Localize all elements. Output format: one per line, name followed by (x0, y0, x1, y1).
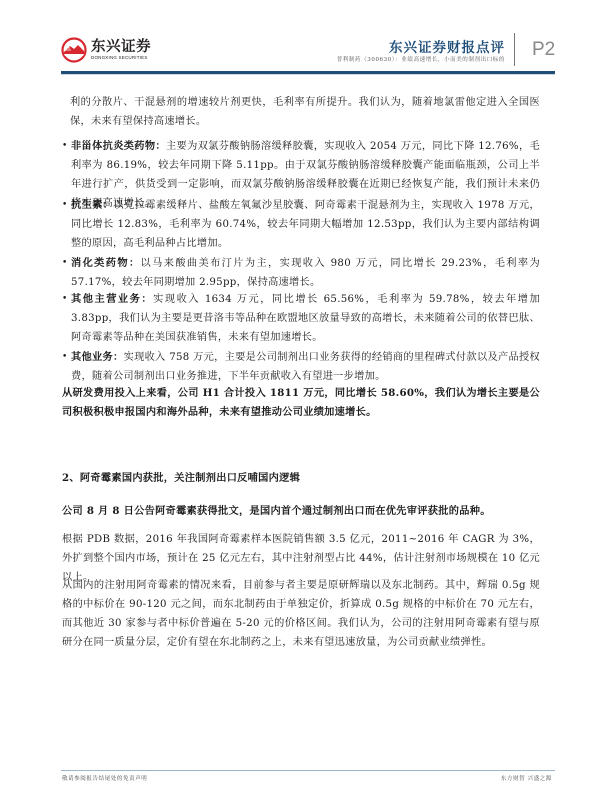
bullet-dot-icon: • (62, 196, 67, 215)
bullet-title: 非甾体抗炎类药物： (71, 140, 166, 152)
bullet-text: 以马来酸曲美布汀片为主，实现收入 980 万元，同比增长 29.23%，毛利率为… (71, 258, 540, 288)
bullet-digestive: • 消化类药物：以马来酸曲美布汀片为主，实现收入 980 万元，同比增长 29.… (62, 254, 540, 292)
dongxing-logo-icon (61, 37, 87, 63)
company-logo: 东兴证券 DONGXING SECURITIES (61, 37, 151, 63)
section-2-competition-paragraph: 从国内的注射用阿奇霉素的情况来看，目前参与者主要是原研辉瑞以及东北制药。其中，辉… (62, 576, 540, 652)
bullet-other-business: • 其他业务：实现收入 758 万元，主要是公司制剂出口业务获得的经销商的里程碑… (62, 348, 540, 386)
bullet-title: 其他主营业务： (71, 293, 153, 305)
report-subtitle: 普利制药（300630）：业绩高速增长，小而美的制剂出口标的 (337, 55, 505, 63)
bullet-other-main-business: • 其他主营业务：实现收入 1634 万元，同比增长 65.56%，毛利率为 5… (62, 290, 540, 347)
page-number: P2 (532, 39, 555, 61)
page-header: 东兴证券 DONGXING SECURITIES 东兴证券财报点评 普利制药（3… (0, 0, 596, 76)
bullet-dot-icon: • (62, 290, 67, 309)
bullet-title: 其他业务： (71, 351, 124, 363)
intro-continued-paragraph: 利的分散片、干混悬剂的增速较片剂更快，毛利率有所提升。我们认为，随着地氯雷他定进… (70, 93, 540, 131)
bullet-dot-icon: • (62, 137, 67, 156)
bullet-dot-icon: • (62, 254, 67, 273)
header-divider (514, 33, 515, 66)
bullet-dot-icon: • (62, 348, 67, 367)
footer-slogan: 东方财智 兴盛之源 (501, 774, 552, 782)
footer-disclaimer: 敬请参阅报告结尾处的免责声明 (62, 774, 147, 782)
rd-summary-paragraph: 从研发费用投入上来看，公司 H1 合计投入 1811 万元，同比增长 58.60… (62, 384, 540, 422)
section-2-heading: 2、阿奇霉素国内获批，关注制剂出口反哺国内逻辑 (62, 469, 300, 488)
report-type-title: 东兴证券财报点评 (389, 36, 505, 56)
header-rule-thin (61, 74, 555, 75)
footer-rule (61, 770, 555, 771)
logo-chinese-name: 东兴证券 (91, 39, 151, 55)
section-2-lead: 公司 8 月 8 日公告阿奇霉素获得批文，是国内首个通过制剂出口而在优先审评获批… (62, 502, 540, 521)
bullet-title: 抗生素： (71, 199, 113, 211)
bullet-text: 以克拉霉素缓释片、盐酸左氧氟沙星胶囊、阿奇霉素干混悬剂为主，实现收入 1978 … (71, 200, 540, 249)
bullet-antibiotics: • 抗生素：以克拉霉素缓释片、盐酸左氧氟沙星胶囊、阿奇霉素干混悬剂为主，实现收入… (62, 196, 540, 253)
bullet-title: 消化类药物： (71, 257, 141, 269)
logo-english-name: DONGXING SECURITIES (91, 55, 151, 61)
bullet-text: 实现收入 758 万元，主要是公司制剂出口业务获得的经销商的里程碑式付款以及产品… (71, 352, 540, 382)
